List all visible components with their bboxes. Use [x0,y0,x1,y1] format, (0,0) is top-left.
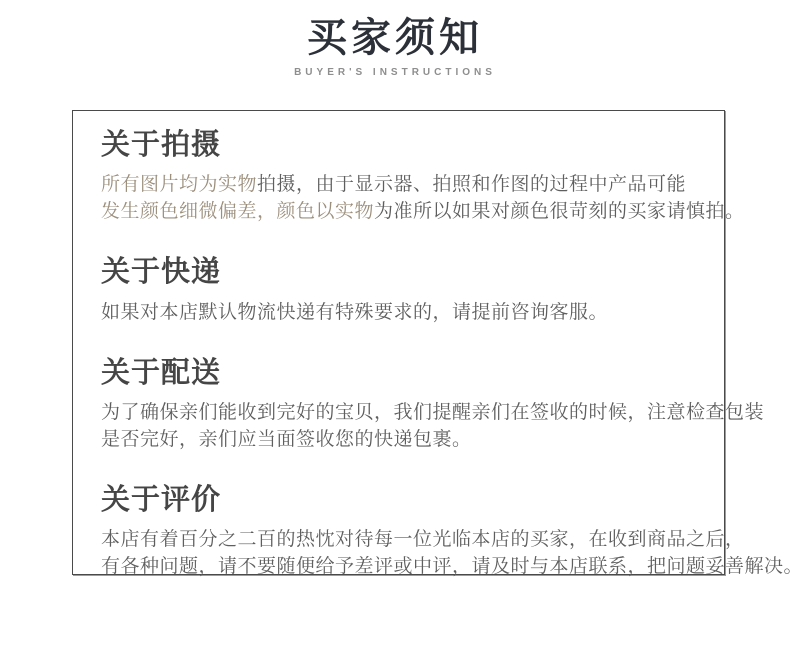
section-text-line: 本店有着百分之二百的热忱对待每一位光临本店的买家，在收到商品之后， [101,526,696,553]
body-text: 为准所以如果对颜色很苛刻的买家请慎拍。 [374,201,745,222]
section-text-line: 发生颜色细微偏差，颜色以实物为准所以如果对颜色很苛刻的买家请慎拍。 [101,198,696,225]
body-text: 本店有着百分之二百的热忱对待每一位光临本店的买家，在收到商品之后， [101,529,745,550]
section-heading-0: 关于拍摄 [101,127,696,163]
section-heading-1: 关于快递 [101,254,696,290]
section-heading-3: 关于评价 [101,482,696,518]
section-body: 为了确保亲们能收到完好的宝贝，我们提醒亲们在签收的时候，注意检查包装是否完好，亲… [101,399,696,453]
section-text-line: 如果对本店默认物流快递有特殊要求的，请提前咨询客服。 [101,299,696,326]
page-subtitle: BUYER'S INSTRUCTIONS [0,67,790,78]
section-body: 所有图片均为实物拍摄，由于显示器、拍照和作图的过程中产品可能发生颜色细微偏差，颜… [101,171,696,225]
body-text: 拍摄，由于显示器、拍照和作图的过程中产品可能 [257,174,686,195]
page-header: 买家须知 BUYER'S INSTRUCTIONS [0,0,790,78]
body-text: 是否完好，亲们应当面签收您的快递包裹。 [101,429,472,450]
section-body: 如果对本店默认物流快递有特殊要求的，请提前咨询客服。 [101,299,696,326]
section-text-line: 是否完好，亲们应当面签收您的快递包裹。 [101,426,696,453]
body-text: 为了确保亲们能收到完好的宝贝，我们提醒亲们在签收的时候，注意检查包装 [101,402,764,423]
body-text: 有各种问题，请不要随便给予差评或中评，请及时与本店联系，把问题妥善解决。 [101,556,790,577]
section-text-line: 为了确保亲们能收到完好的宝贝，我们提醒亲们在签收的时候，注意检查包装 [101,399,696,426]
section-heading-2: 关于配送 [101,355,696,391]
accent-text: 发生颜色细微偏差，颜色以实物 [101,201,374,222]
section-text-line: 所有图片均为实物拍摄，由于显示器、拍照和作图的过程中产品可能 [101,171,696,198]
notice-section: 关于快递 如果对本店默认物流快递有特殊要求的，请提前咨询客服。 [101,254,696,325]
notice-section: 关于评价 本店有着百分之二百的热忱对待每一位光临本店的买家，在收到商品之后，有各… [101,482,696,580]
section-text-line: 有各种问题，请不要随便给予差评或中评，请及时与本店联系，把问题妥善解决。 [101,553,696,580]
notice-section: 关于拍摄 所有图片均为实物拍摄，由于显示器、拍照和作图的过程中产品可能发生颜色细… [101,127,696,225]
page-title: 买家须知 [0,14,790,62]
body-text: 如果对本店默认物流快递有特殊要求的，请提前咨询客服。 [101,302,608,323]
notice-section: 关于配送 为了确保亲们能收到完好的宝贝，我们提醒亲们在签收的时候，注意检查包装是… [101,355,696,453]
section-body: 本店有着百分之二百的热忱对待每一位光临本店的买家，在收到商品之后，有各种问题，请… [101,526,696,580]
notice-box: 关于拍摄 所有图片均为实物拍摄，由于显示器、拍照和作图的过程中产品可能发生颜色细… [72,110,725,575]
accent-text: 所有图片均为实物 [101,174,257,195]
